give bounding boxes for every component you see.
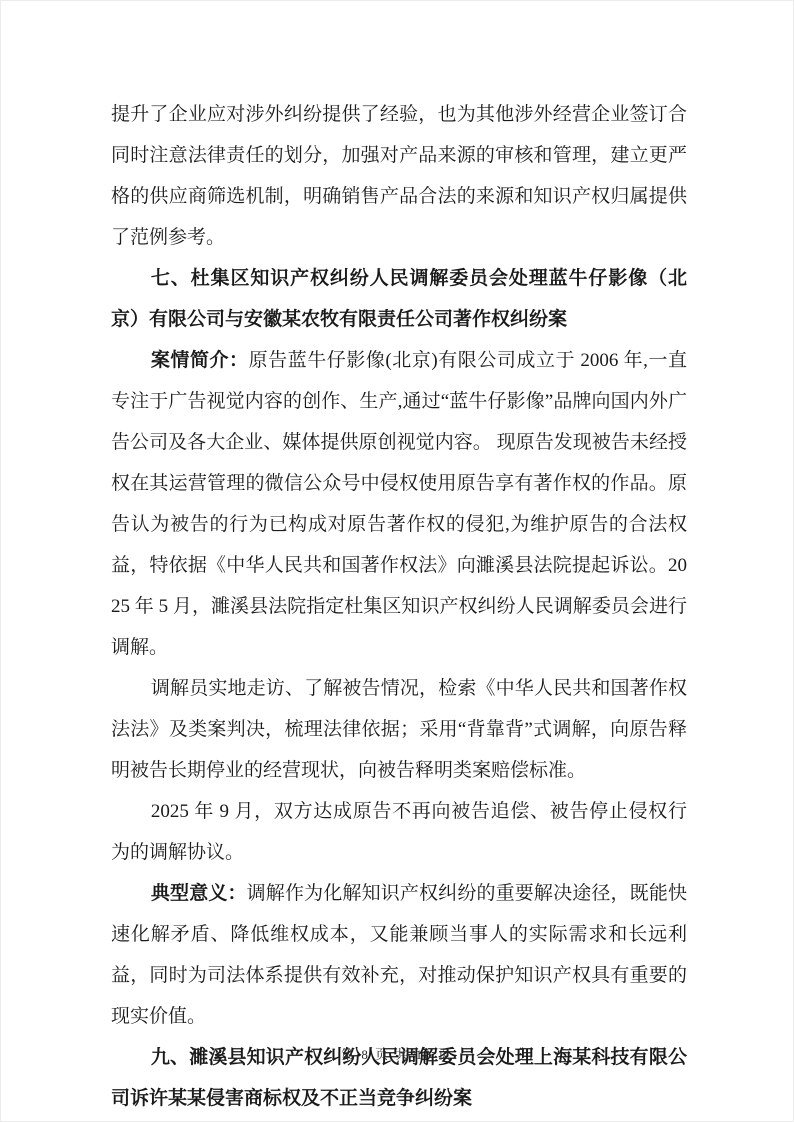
paragraph-lead: 案情简介： bbox=[151, 350, 249, 371]
paragraph: 2025 年 9 月，双方达成原告不再向被告追偿、被告停止侵权行为的调解协议。 bbox=[111, 791, 687, 873]
paragraph: 提升了企业应对涉外纠纷提供了经验，也为其他涉外经营企业签订合同时注意法律责任的划… bbox=[111, 94, 687, 258]
paragraph-lead: 典型意义： bbox=[151, 883, 247, 904]
document-body: 提升了企业应对涉外纠纷提供了经验，也为其他涉外经营企业签订合同时注意法律责任的划… bbox=[111, 94, 687, 1119]
page-number-footer: 第 8 页 共 10 页 bbox=[1, 1044, 793, 1063]
paragraph: 典型意义：调解作为化解知识产权纠纷的重要解决途径，既能快速化解矛盾、降低维权成本… bbox=[111, 873, 687, 1037]
section-heading: 七、杜集区知识产权纠纷人民调解委员会处理蓝牛仔影像（北京）有限公司与安徽某农牧有… bbox=[111, 258, 687, 340]
paragraph: 调解员实地走访、了解被告情况，检索《中华人民共和国著作权法法》及类案判决，梳理法… bbox=[111, 668, 687, 791]
document-page: 提升了企业应对涉外纠纷提供了经验，也为其他涉外经营企业签订合同时注意法律责任的划… bbox=[0, 0, 794, 1122]
paragraph: 案情简介：原告蓝牛仔影像(北京)有限公司成立于 2006 年,一直专注于广告视觉… bbox=[111, 340, 687, 668]
